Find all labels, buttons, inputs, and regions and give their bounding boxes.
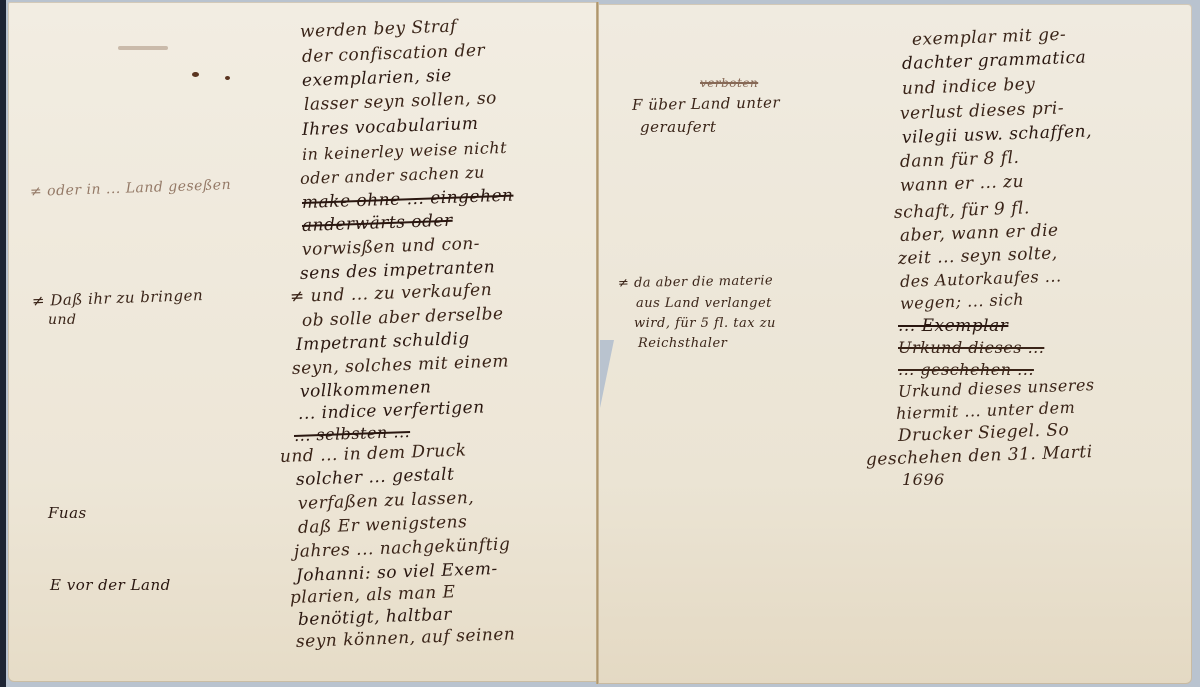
- struck-line: ... geschehen ...: [898, 360, 1034, 379]
- date-line: 1696: [902, 470, 945, 489]
- margin-note: und: [48, 312, 77, 328]
- struck-line: Urkund dieses ...: [898, 338, 1044, 357]
- margin-note: F über Land unter: [632, 93, 780, 114]
- margin-note: verboten: [700, 76, 758, 90]
- ink-stain: [192, 72, 199, 77]
- struck-line: ... selbsten ...: [294, 422, 411, 445]
- margin-note: ≠ da aber die materie: [618, 273, 773, 291]
- text-line: dann für 8 fl.: [900, 148, 1020, 172]
- page-fold: [596, 2, 599, 684]
- margin-note: E vor der Land: [50, 576, 171, 594]
- ink-stain: [225, 76, 230, 80]
- margin-note: aus Land verlanget: [636, 296, 772, 311]
- paper-tear: [600, 340, 614, 408]
- margin-note: Fuas: [48, 504, 87, 522]
- margin-note: Reichsthaler: [638, 336, 727, 351]
- margin-note: wird, für 5 fl. tax zu: [634, 316, 776, 331]
- margin-note: geraufert: [640, 118, 716, 136]
- pencil-mark: [118, 46, 168, 50]
- struck-line: ... Exemplar: [898, 316, 1008, 336]
